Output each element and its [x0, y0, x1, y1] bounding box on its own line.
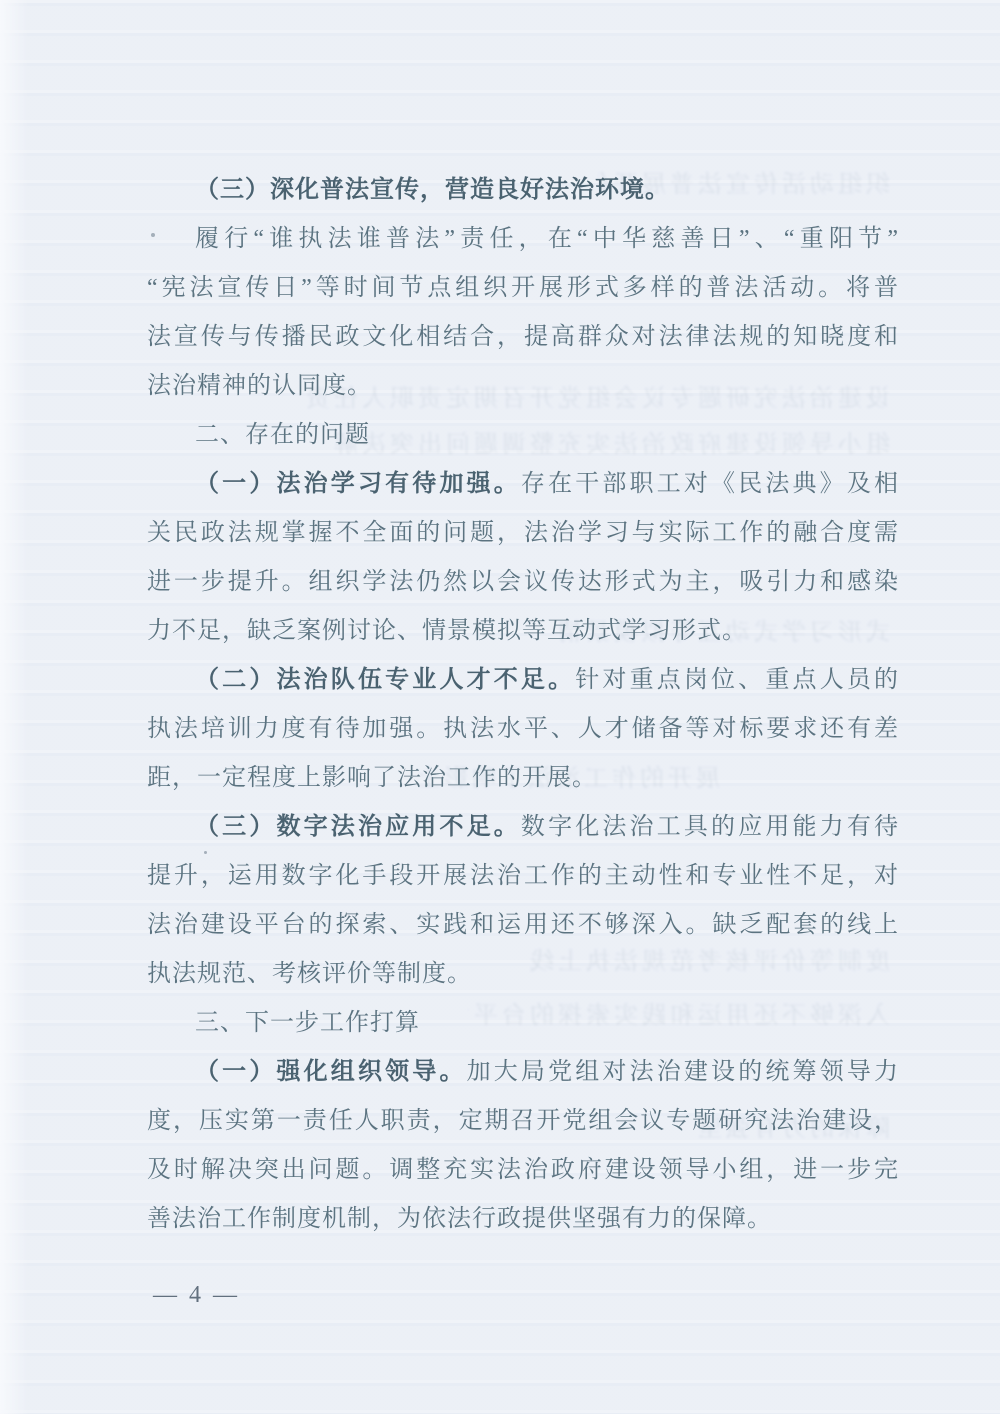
- text-line: 法治建设平台的探索、实践和运用还不够深入。缺乏配套的线上: [147, 901, 899, 950]
- subsection-heading: （三）深化普法宣传，营造良好法治环境。: [147, 166, 899, 215]
- text-line: 度，压实第一责任人职责，定期召开党组会议专题研究法治建设，: [147, 1097, 899, 1146]
- text-line: 法治精神的认同度。: [147, 362, 899, 411]
- page-number: — 4 —: [153, 1280, 240, 1310]
- bold-lead: （三）数字法治应用不足。: [195, 814, 521, 840]
- scanned-document-page: 织组动活传宣法普展开化深化强 设建治法究研题专议会组党开召期定责职人任责一第实压…: [0, 0, 1000, 1414]
- text-line: （二）法治队伍专业人才不足。针对重点岗位、重点人员的: [147, 656, 899, 705]
- text-line: 进一步提升。组织学法仍然以会议传达形式为主，吸引力和感染: [147, 558, 899, 607]
- section-heading: 三、下一步工作打算: [147, 999, 899, 1048]
- text-line: （一）强化组织领导。加大局党组对法治建设的统筹领导力: [147, 1048, 899, 1097]
- section-heading: 二、存在的问题: [147, 411, 899, 460]
- text-line: 执法规范、考核评价等制度。: [147, 950, 899, 999]
- text-line: “宪法宣传日”等时间节点组织开展形式多样的普法活动。将普: [147, 264, 899, 313]
- text-line: 提升，运用数字化手段开展法治工作的主动性和专业性不足，对: [147, 852, 899, 901]
- text-line: 力不足，缺乏案例讨论、情景模拟等互动式学习形式。: [147, 607, 899, 656]
- text-line: 执法培训力度有待加强。执法水平、人才储备等对标要求还有差: [147, 705, 899, 754]
- document-body: （三）深化普法宣传，营造良好法治环境。 履行“谁执法谁普法”责任，在“中华慈善日…: [147, 166, 899, 1244]
- text-line: 及时解决突出问题。调整充实法治政府建设领导小组，进一步完: [147, 1146, 899, 1195]
- text-line: 距，一定程度上影响了法治工作的开展。: [147, 754, 899, 803]
- bold-lead: （一）法治学习有待加强。: [195, 471, 521, 497]
- text-line: （一）法治学习有待加强。存在干部职工对《民法典》及相: [147, 460, 899, 509]
- heading-text: （三）深化普法宣传，营造良好法治环境。: [195, 177, 670, 203]
- text-line: 关民政法规掌握不全面的问题，法治学习与实际工作的融合度需: [147, 509, 899, 558]
- text-line: 法宣传与传播民政文化相结合，提高群众对法律法规的知晓度和: [147, 313, 899, 362]
- text-line: （三）数字法治应用不足。数字化法治工具的应用能力有待: [147, 803, 899, 852]
- bold-lead: （二）法治队伍专业人才不足。: [195, 667, 575, 693]
- text-line: 善法治工作制度机制，为依法行政提供坚强有力的保障。: [147, 1195, 899, 1244]
- bold-lead: （一）强化组织领导。: [195, 1059, 467, 1085]
- text-line: 履行“谁执法谁普法”责任，在“中华慈善日”、“重阳节”: [147, 215, 899, 264]
